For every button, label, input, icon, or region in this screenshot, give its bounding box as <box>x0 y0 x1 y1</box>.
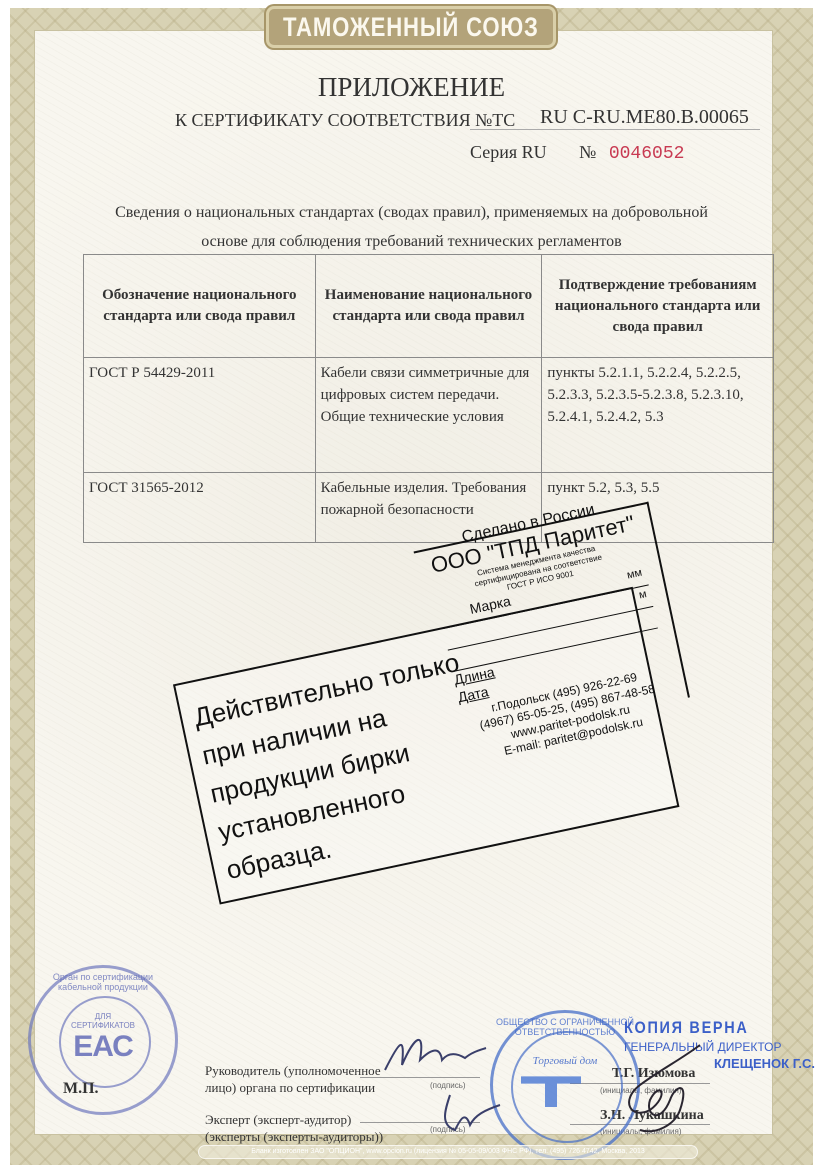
series-label: Серия RU <box>470 142 547 162</box>
cell-confirmation: пункты 5.2.1.1, 5.2.2.4, 5.2.2.5, 5.2.3.… <box>542 358 774 473</box>
intro-line-1: Сведения о национальных стандартах (свод… <box>0 198 823 227</box>
number-label: № <box>579 142 596 162</box>
eac-seal-center: ДЛЯ СЕРТИФИКАТОВ ЕАС <box>31 1012 175 1064</box>
eac-mark-icon: ЕАС <box>31 1030 175 1064</box>
page-title: ПРИЛОЖЕНИЕ <box>0 72 823 103</box>
customs-union-banner: ТАМОЖЕННЫЙ СОЮЗ <box>266 6 556 48</box>
printer-footer: Бланк изготовлен ЗАО "ОПЦИОН", www.opcio… <box>198 1145 698 1159</box>
table-header-row: Обозначение национального стандарта или … <box>84 255 774 358</box>
director-signature-icon <box>600 1040 710 1140</box>
cert-number: RU C-RU.ME80.B.00065 <box>470 106 760 130</box>
head-label-line: лицо) органа по сертификации <box>205 1079 381 1096</box>
cell-name: Кабели связи симметричные для цифровых с… <box>315 358 542 473</box>
cert-number-value: RU C-RU.ME80.B.00065 <box>540 106 749 128</box>
expert-label-line: Эксперт (эксперт-аудитор) <box>205 1111 383 1128</box>
expert-label: Эксперт (эксперт-аудитор) (эксперты (экс… <box>205 1111 383 1145</box>
banner-text: ТАМОЖЕННЫЙ СОЮЗ <box>283 12 539 43</box>
true-copy-title: КОПИЯ ВЕРНА <box>624 1018 786 1038</box>
header-name: Наименование национального стандарта или… <box>315 255 542 358</box>
form-number: 0046052 <box>609 144 685 164</box>
head-label: Руководитель (уполномоченное лицо) орган… <box>205 1062 381 1096</box>
cell-designation: ГОСТ Р 54429-2011 <box>84 358 316 473</box>
eac-certs: СЕРТИФИКАТОВ <box>31 1021 175 1030</box>
table-row: ГОСТ Р 54429-2011 Кабели связи симметрич… <box>84 358 774 473</box>
cell-designation: ГОСТ 31565-2012 <box>84 473 316 543</box>
intro-line-2: основе для соблюдения требований техниче… <box>0 227 823 256</box>
standards-table: Обозначение национального стандарта или … <box>83 254 774 543</box>
seal-place-label: М.П. <box>63 1080 99 1098</box>
cert-label: К СЕРТИФИКАТУ СООТВЕТСТВИЯ №ТС <box>175 110 515 131</box>
true-copy-name: КЛЕЩЕНОК Г.С. <box>714 1056 815 1071</box>
intro-text: Сведения о национальных стандартах (свод… <box>0 198 823 256</box>
eac-seal-ring-text: Орган по сертификации кабельной продукци… <box>31 972 175 992</box>
expert-label-line: (эксперты (эксперты-аудиторы)) <box>205 1128 383 1145</box>
unit-m: м <box>638 588 648 601</box>
header-confirmation: Подтверждение требованиям национального … <box>542 255 774 358</box>
head-label-line: Руководитель (уполномоченное <box>205 1062 381 1079</box>
head-signature-icon <box>380 1030 490 1080</box>
header-designation: Обозначение национального стандарта или … <box>84 255 316 358</box>
signature-caption: (подпись) <box>430 1081 466 1090</box>
series-line: Серия RU № 0046052 <box>470 142 684 164</box>
eac-seal: Орган по сертификации кабельной продукци… <box>28 965 178 1115</box>
expert-signature-icon <box>430 1090 510 1140</box>
unit-mm: мм <box>626 567 643 582</box>
company-logo-icon <box>521 1071 581 1107</box>
company-seal-ring-text: ОБЩЕСТВО С ОГРАНИЧЕННОЙ ОТВЕТСТВЕННОСТЬЮ <box>493 1017 637 1037</box>
eac-for: ДЛЯ <box>31 1012 175 1021</box>
